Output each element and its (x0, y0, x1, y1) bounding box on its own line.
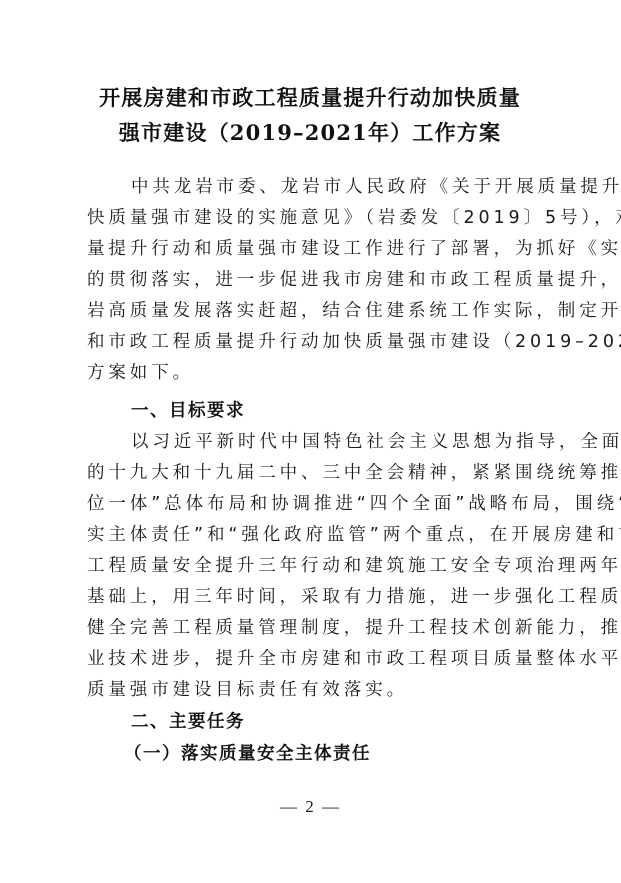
goals-line: 实主体责任”和“强化政府监管”两个重点，在开展房建和市政 (87, 520, 537, 551)
goals-paragraph: 以习近平新时代中国特色社会主义思想为指导，全面贯彻党 的十九大和十九届二中、三中… (87, 427, 537, 706)
goals-line: 质量强市建设目标责任有效落实。 (87, 675, 537, 706)
subsection-heading-responsibility: （一）落实质量安全主体责任 (124, 739, 371, 770)
goals-line: 的十九大和十九届二中、三中全会精神，紧紧围绕统筹推进“五 (87, 458, 537, 489)
document-title-line-2: 强市建设（2019–2021年）工作方案 (60, 115, 560, 150)
goals-line: 健全完善工程质量管理制度，提升工程技术创新能力，推动建筑 (87, 613, 537, 644)
goals-line: 以习近平新时代中国特色社会主义思想为指导，全面贯彻党 (87, 427, 537, 458)
page-number: — 2 — (0, 797, 621, 817)
intro-line: 量提升行动和质量强市建设工作进行了部署，为抓好《实施意见》 (87, 234, 537, 265)
intro-paragraph: 中共龙岩市委、龙岩市人民政府《关于开展质量提升行动加 快质量强市建设的实施意见》… (87, 172, 537, 389)
goals-line: 工程质量安全提升三年行动和建筑施工安全专项治理两年行动的 (87, 551, 537, 582)
goals-line: 业技术进步，提升全市房建和市政工程项目质量整体水平，促进 (87, 644, 537, 675)
goals-line: 基础上，用三年时间，采取有力措施，进一步强化工程质量管理， (87, 582, 537, 613)
intro-line: 快质量强市建设的实施意见》（岩委发〔2019〕5号），对我市质 (87, 203, 537, 234)
intro-line: 中共龙岩市委、龙岩市人民政府《关于开展质量提升行动加 (87, 172, 537, 203)
section-heading-goals: 一、目标要求 (131, 396, 245, 427)
intro-line: 的贯彻落实，进一步促进我市房建和市政工程质量提升，推动龙 (87, 265, 537, 296)
intro-line: 方案如下。 (87, 358, 537, 389)
section-heading-tasks: 二、主要任务 (131, 707, 245, 738)
goals-line: 位一体”总体布局和协调推进“四个全面”战略布局，围绕“落 (87, 489, 537, 520)
intro-line: 岩高质量发展落实赶超，结合住建系统工作实际，制定开展房建 (87, 296, 537, 327)
intro-line: 和市政工程质量提升行动加快质量强市建设（2019–2021年）工作 (87, 327, 537, 358)
document-title-line-1: 开展房建和市政工程质量提升行动加快质量 (60, 80, 560, 115)
document-page: 开展房建和市政工程质量提升行动加快质量 强市建设（2019–2021年）工作方案… (0, 0, 621, 883)
